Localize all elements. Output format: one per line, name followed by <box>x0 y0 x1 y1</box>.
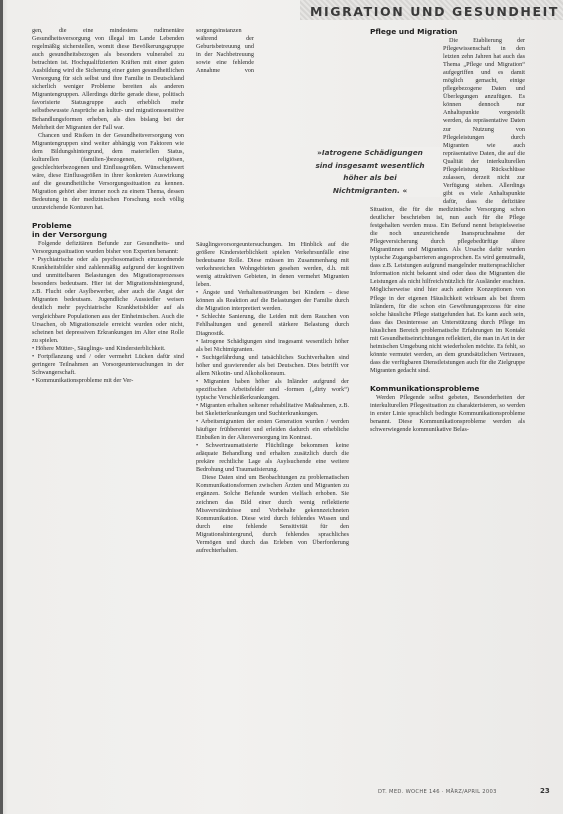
body-paragraph: Diese Daten sind um Beobachtungen zu pro… <box>196 474 349 554</box>
journal-footer: DT. MED. WOCHE 146 · MÄRZ/APRIL 2003 <box>378 789 497 795</box>
subheading-line: Probleme <box>32 221 72 230</box>
bullet-item: Suchtgefährdung und tatsächliches Suchtv… <box>196 354 349 378</box>
body-paragraph: Werden Pflegende selbst gebeten, Besonde… <box>370 394 525 434</box>
left-column: gen, die eine mindestens rudimentäre Ges… <box>32 27 184 385</box>
bullet-item: Migranten haben höher als Inländer aufgr… <box>196 378 349 402</box>
bullet-item: Migranten erhalten seltener rehabilitati… <box>196 402 349 418</box>
middle-column: sorgungsinstanzen während der Geburtsbet… <box>196 27 349 555</box>
bullet-item: Kommunikationsprobleme mit der Ver- <box>32 377 184 385</box>
bullet-item: Schwertraumatisierte Flüchtlinge bekomme… <box>196 442 349 474</box>
pull-quote-line: Nichtmigranten. <box>333 186 400 195</box>
bullet-item: Schlechte Sanierung, die Leiden mit dem … <box>196 313 349 337</box>
pull-quote-line: sind insgesamt wesentlich <box>315 161 424 170</box>
right-column: Pflege und Migration Die Etablierung der… <box>370 27 525 434</box>
bullet-item: Fortpflanzung und / oder vermehrt Lücken… <box>32 353 184 377</box>
subheading-pflege: Pflege und Migration <box>370 27 525 36</box>
pull-quote: »Iatrogene Schädigungen sind insgesamt w… <box>300 147 440 197</box>
pull-quote-line: Iatrogene Schädigungen <box>322 148 423 157</box>
body-paragraph: Folgende defizitären Befunde zur Gesundh… <box>32 240 184 256</box>
subheading-probleme: Probleme in der Versorgung <box>32 221 184 239</box>
close-quote-mark: « <box>402 186 407 195</box>
pull-quote-line: höher als bei <box>343 173 396 182</box>
bullet-item: Iatrogene Schädigungen sind insgesamt we… <box>196 338 349 354</box>
bullet-item: Höhere Mütter-, Säuglings- und Kinderste… <box>32 345 184 353</box>
document-page: MIGRATION UND GESUNDHEIT gen, die eine m… <box>0 0 563 814</box>
page-number: 23 <box>540 787 550 795</box>
bullet-item: Psychiatrische oder als psychosomatisch … <box>32 256 184 345</box>
subheading-kommunikation: Kommunikationsprobleme <box>370 384 525 393</box>
bullet-item: Ängste und Verhaltensstörungen bei Kinde… <box>196 289 349 313</box>
section-header-band: MIGRATION UND GESUNDHEIT <box>300 0 563 20</box>
bullet-item: Arbeitsmigranten der ersten Generation w… <box>196 418 349 442</box>
section-title: MIGRATION UND GESUNDHEIT <box>310 4 559 19</box>
body-paragraph: Chancen und Risiken in der Gesundheitsve… <box>32 132 184 212</box>
page-spine-edge <box>0 0 3 814</box>
subheading-line: in der Versorgung <box>32 230 107 239</box>
body-paragraph: gen, die eine mindestens rudimentäre Ges… <box>32 27 184 132</box>
